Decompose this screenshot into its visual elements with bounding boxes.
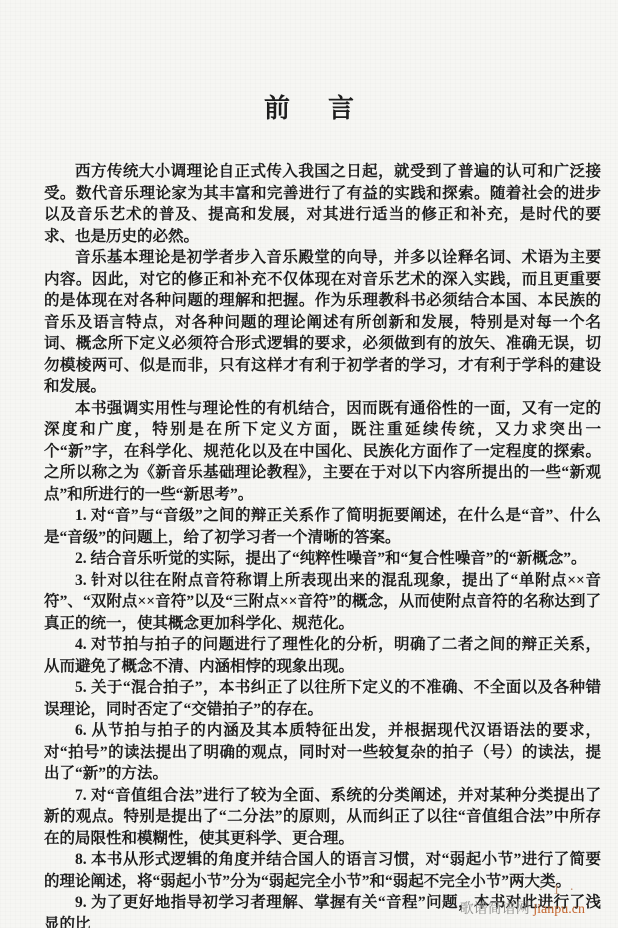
page-number: · 1 · xyxy=(539,883,577,899)
list-item-7: 7. 对“音值组合法”进行了较为全面、系统的分类阐述，并对某种分类提出了新的观点… xyxy=(44,785,601,850)
paragraph-intro-2: 音乐基本理论是初学者步入音乐殿堂的向导，并多以诠释名词、术语为主要内容。因此，对… xyxy=(44,247,601,398)
page-title: 前 言 xyxy=(0,88,618,125)
scanned-book-page: 前 言 西方传统大小调理论自正式传入我国之日起，就受到了普遍的认可和广泛接受。数… xyxy=(0,0,618,928)
watermark-url: jianpu.cn xyxy=(533,902,585,917)
paragraph-intro-1: 西方传统大小调理论自正式传入我国之日起，就受到了普遍的认可和广泛接受。数代音乐理… xyxy=(44,161,601,247)
list-item-2: 2. 结合音乐听觉的实际，提出了“纯粹性噪音”和“复合性噪音”的“新概念”。 xyxy=(44,548,601,570)
list-item-1: 1. 对“音”与“音级”之间的辩正关系作了简明扼要阐述，在什么是“音”、什么是“… xyxy=(44,505,601,548)
list-item-6: 6. 从节拍与拍子的内涵及其本质特征出发，并根据现代汉语语法的要求，对“拍号”的… xyxy=(44,720,601,785)
preface-body: 西方传统大小调理论自正式传入我国之日起，就受到了普遍的认可和广泛接受。数代音乐理… xyxy=(44,161,601,928)
site-watermark: 歌谱简谱网 jianpu.cn xyxy=(460,898,585,918)
paragraph-intro-3: 本书强调实用性与理论性的有机结合，因而既有通俗性的一面，又有一定的深度和广度，特… xyxy=(44,398,601,506)
list-item-4: 4. 对节拍与拍子的问题进行了理性化的分析，明确了二者之间的辩正关系，从而避免了… xyxy=(44,634,601,677)
list-item-8: 8. 本书从形式逻辑的角度并结合国人的语言习惯，对“弱起小节”进行了简要的理论阐… xyxy=(44,849,601,892)
watermark-site-name: 歌谱简谱网 xyxy=(460,902,530,917)
list-item-3: 3. 针对以往在附点音符称谓上所表现出来的混乱现象，提出了“单附点××音符”、“… xyxy=(44,570,601,635)
list-item-5: 5. 关于“混合拍子”，本书纠正了以往所下定义的不准确、不全面以及各种错误理论，… xyxy=(44,677,601,720)
